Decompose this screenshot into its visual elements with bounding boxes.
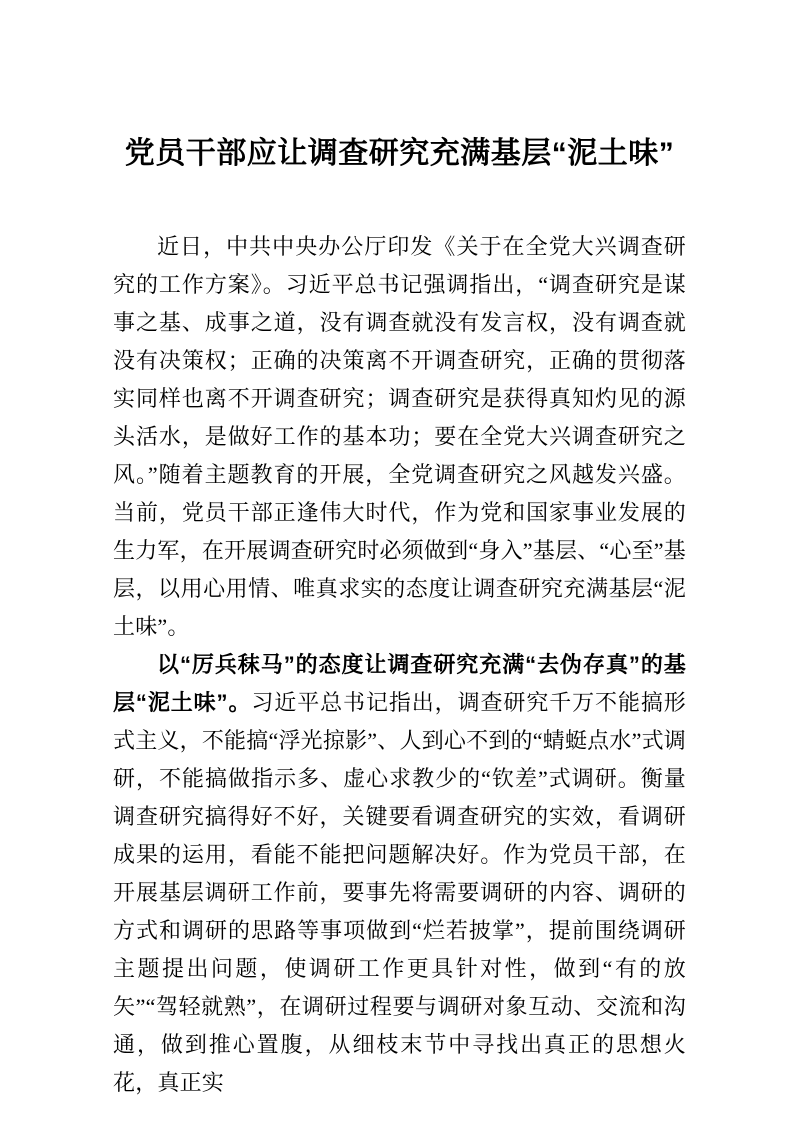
document-body: 近日，中共中央办公厅印发《关于在全党大兴调查研究的工作方案》。习近平总书记强调指… [113,228,686,1102]
paragraph-1-text: 近日，中共中央办公厅印发《关于在全党大兴调查研究的工作方案》。习近平总书记强调指… [113,234,686,639]
paragraph-2-text: 习近平总书记指出，调查研究千万不能搞形式主义，不能搞“浮光掠影”、人到心不到的“… [113,690,686,1095]
document-page: 党员干部应让调查研究充满基层“泥土味” 近日，中共中央办公厅印发《关于在全党大兴… [0,0,793,1122]
paragraph-2: 以“厉兵秣马”的态度让调查研究充满“去伪存真”的基层“泥土味”。习近平总书记指出… [113,646,686,1102]
document-title: 党员干部应让调查研究充满基层“泥土味” [113,134,686,174]
paragraph-1: 近日，中共中央办公厅印发《关于在全党大兴调查研究的工作方案》。习近平总书记强调指… [113,228,686,646]
